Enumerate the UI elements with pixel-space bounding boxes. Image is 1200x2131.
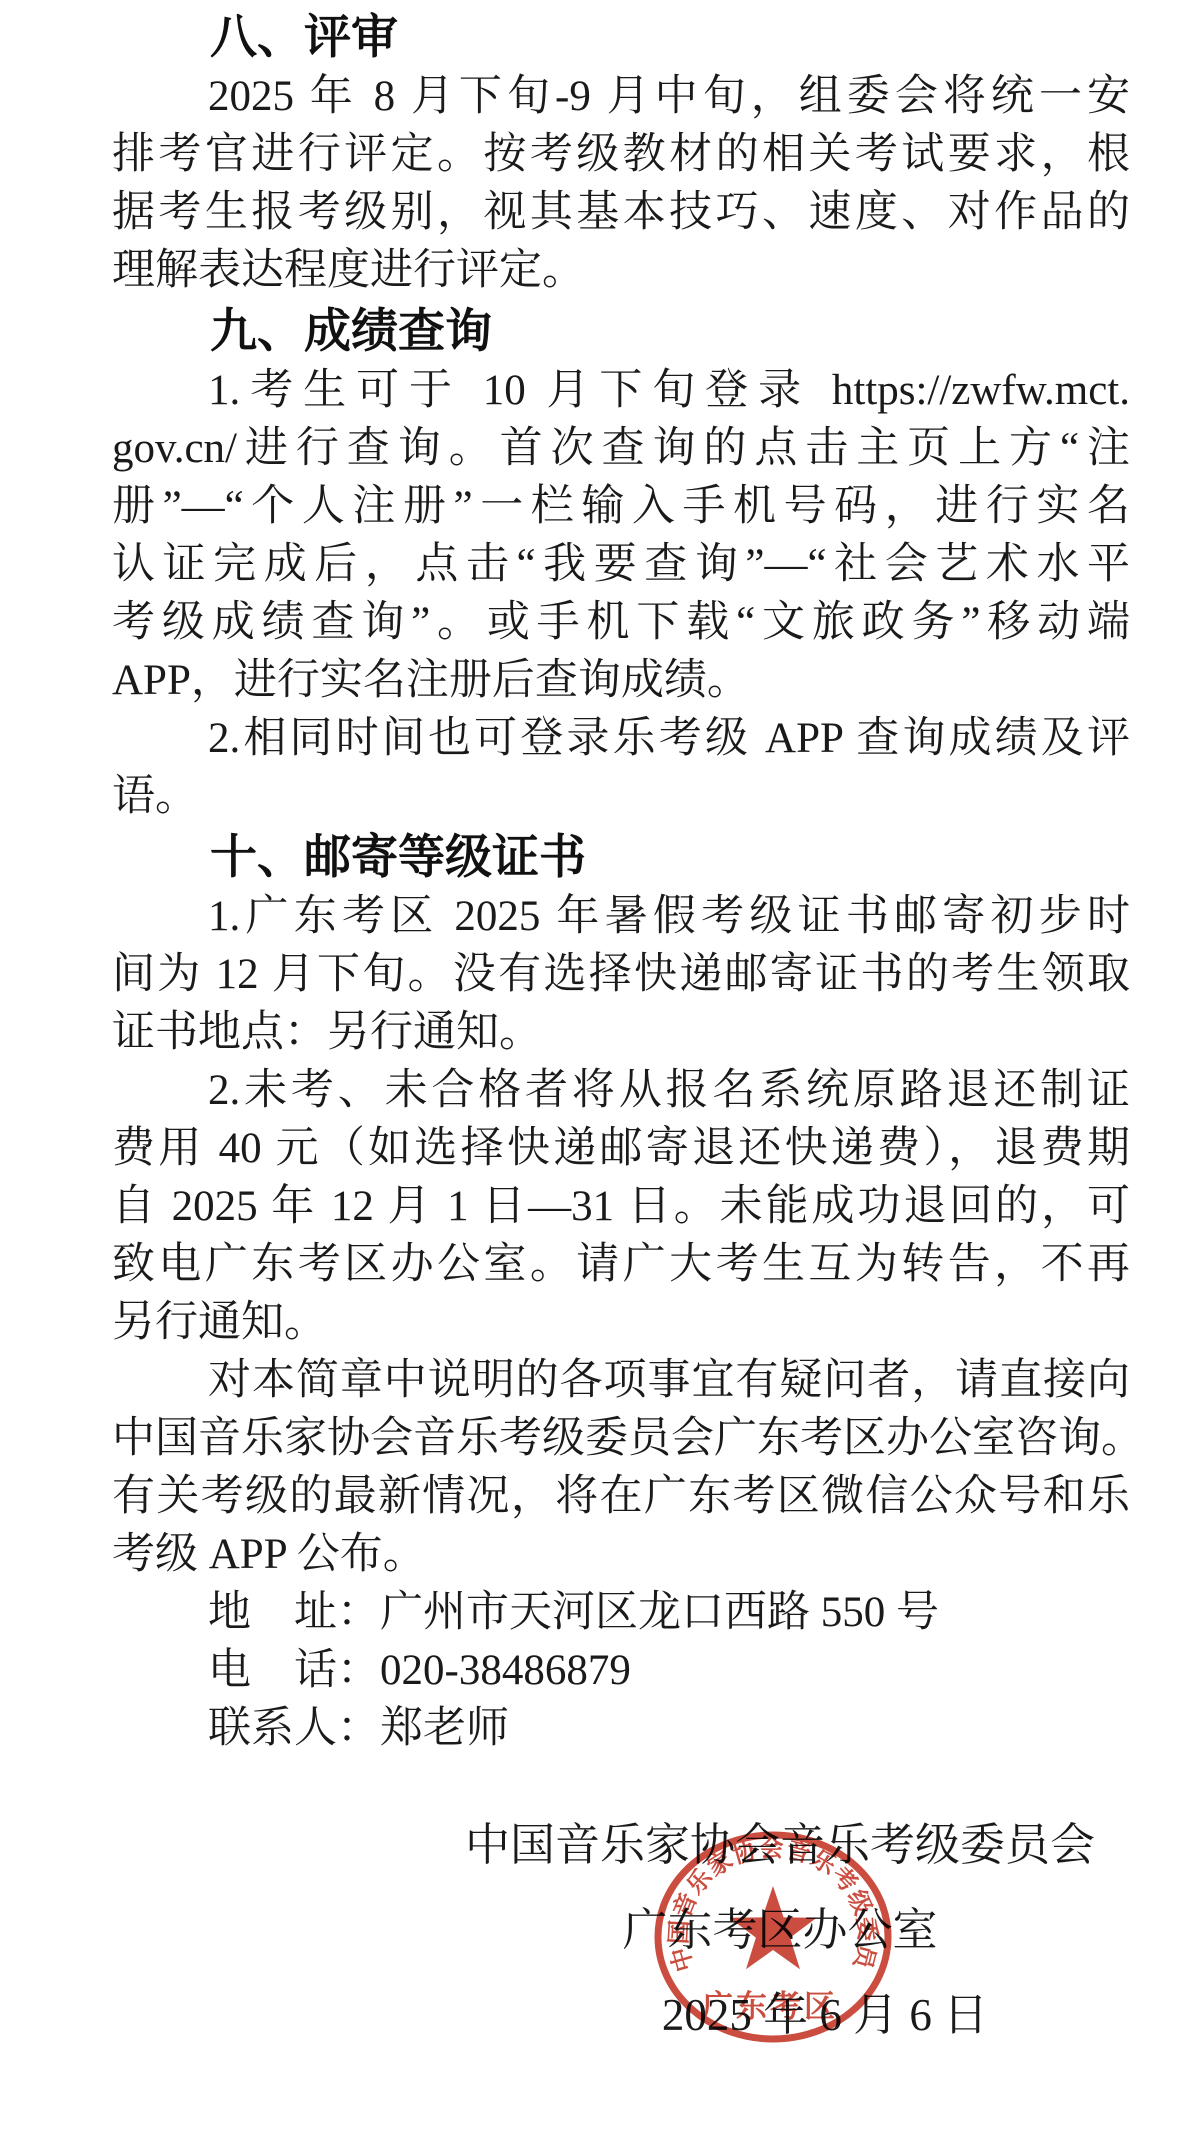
text-line: 排考官进行评定。按考级教材的相关考试要求，根 (112, 126, 1130, 184)
text-line: 认证完成后，点击“我要查询”—“社会艺术水平 (112, 536, 1130, 594)
text-line: 有关考级的最新情况，将在广东考区微信公众号和乐 (112, 1468, 1130, 1526)
star-icon (729, 1886, 816, 1969)
text-line: 联系人：郑老师 (112, 1700, 1130, 1758)
text-line: 间为 12 月下旬。没有选择快递邮寄证书的考生领取 (112, 946, 1130, 1004)
seal-bottom-text: 广东考区 (702, 1989, 838, 2024)
text-line: 费用 40 元（如选择快递邮寄退还快递费），退费期 (112, 1120, 1130, 1178)
text-line: 据考生报考级别，视其基本技巧、速度、对作品的 (112, 184, 1130, 242)
text-line: 中国音乐家协会音乐考级委员会广东考区办公室咨询。 (112, 1410, 1130, 1468)
text-line: 另行通知。 (112, 1294, 1130, 1352)
text-line: 地 址：广州市天河区龙口西路 550 号 (112, 1584, 1130, 1642)
text-line: 1.考生可于 10 月下旬登录 https://zwfw.mct. (112, 362, 1130, 420)
text-line: 电 话：020-38486879 (112, 1642, 1130, 1700)
text-line: 2.相同时间也可登录乐考级 APP 查询成绩及评 (112, 710, 1130, 768)
text-line: 考级成绩查询”。或手机下载“文旅政务”移动端 (112, 594, 1130, 652)
text-line: 致电广东考区办公室。请广大考生互为转告，不再 (112, 1236, 1130, 1294)
text-line: APP，进行实名注册后查询成绩。 (112, 652, 1130, 710)
text-line: 语。 (112, 768, 1130, 826)
announcement-page: 八、评审2025 年 8 月下旬-9 月中旬，组委会将统一安排考官进行评定。按考… (0, 0, 1200, 2131)
text-line: 2025 年 8 月下旬-9 月中旬，组委会将统一安 (112, 68, 1130, 126)
official-seal-stamp: 中国音乐家协会音乐考级委员会 广东考区 (650, 1827, 896, 2047)
section-heading: 十、邮寄等级证书 (112, 826, 1130, 888)
text-line: gov.cn/进行查询。首次查询的点击主页上方“注 (112, 420, 1130, 478)
section-heading: 八、评审 (112, 6, 1130, 68)
section-heading: 九、成绩查询 (112, 300, 1130, 362)
text-line: 理解表达程度进行评定。 (112, 242, 1130, 300)
document-body: 八、评审2025 年 8 月下旬-9 月中旬，组委会将统一安排考官进行评定。按考… (0, 0, 1200, 1758)
text-line: 对本简章中说明的各项事宜有疑问者，请直接向 (112, 1352, 1130, 1410)
text-line: 考级 APP 公布。 (112, 1526, 1130, 1584)
text-line: 2.未考、未合格者将从报名系统原路退还制证 (112, 1062, 1130, 1120)
text-line: 册”—“个人注册”一栏输入手机号码，进行实名 (112, 478, 1130, 536)
text-line: 自 2025 年 12 月 1 日—31 日。未能成功退回的，可 (112, 1178, 1130, 1236)
text-line: 1.广东考区 2025 年暑假考级证书邮寄初步时 (112, 888, 1130, 946)
text-line: 证书地点：另行通知。 (112, 1004, 1130, 1062)
